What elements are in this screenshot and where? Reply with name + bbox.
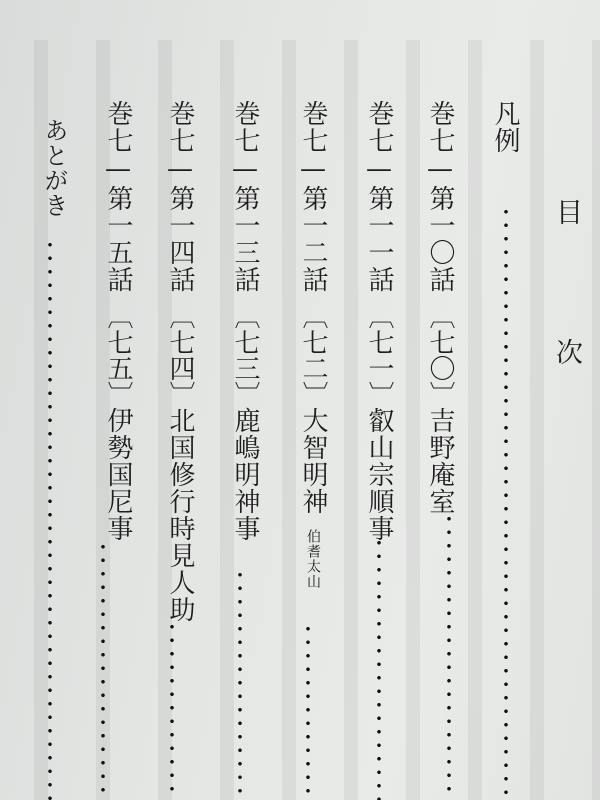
toc-entry-ch70[interactable]: 巻七—第一〇話〔七〇〕吉野庵室 xyxy=(427,100,453,515)
entry-number: 〔七四〕 xyxy=(165,303,195,407)
entry-volume: 巻七 xyxy=(230,100,260,154)
leader-dots-ch73 xyxy=(238,568,242,800)
entry-number: 〔七二〕 xyxy=(298,303,328,407)
leader-dots-preface xyxy=(504,205,508,800)
entry-episode: 第一一話 xyxy=(364,185,394,293)
entry-title: 鹿嶋明神事 xyxy=(230,407,260,542)
entry-volume: 巻七 xyxy=(103,100,133,154)
entry-title: 北国修行時見人助 xyxy=(165,407,195,623)
entry-note: 伯耆太山 xyxy=(306,529,320,589)
entry-volume: 巻七 xyxy=(425,100,455,154)
toc-entry-ch71[interactable]: 巻七—第一一話〔七一〕叡山宗順事 xyxy=(366,100,392,542)
entry-number: 〔七一〕 xyxy=(364,303,394,407)
leader-dots-ch71 xyxy=(377,536,381,800)
entry-title: 吉野庵室 xyxy=(425,407,455,515)
toc-entry-preface[interactable]: 凡例 xyxy=(492,100,518,154)
entry-dash: — xyxy=(165,154,195,185)
entry-episode: 第一三話 xyxy=(230,185,260,293)
entry-episode: 第一四話 xyxy=(165,185,195,293)
entry-title: 叡山宗順事 xyxy=(364,407,394,542)
entry-dash: — xyxy=(230,154,260,185)
leader-dots-ch74 xyxy=(170,620,174,800)
toc-title-char-1: 目 xyxy=(556,200,583,227)
entry-title: 伊勢国尼事 xyxy=(103,407,133,542)
entry-episode: 第一二話 xyxy=(298,185,328,293)
entry-label: 凡例 xyxy=(490,100,520,154)
leader-dots-ch75 xyxy=(101,540,105,800)
leader-dots-ch70 xyxy=(447,512,451,800)
toc-title-char-2: 次 xyxy=(556,340,583,367)
toc-entry-ch72[interactable]: 巻七—第一二話〔七二〕大智明神伯耆太山 xyxy=(300,100,326,589)
entry-episode: 第一〇話 xyxy=(425,185,455,293)
entry-label: あとがき xyxy=(40,118,68,218)
entry-dash: — xyxy=(425,154,455,185)
entry-number: 〔七五〕 xyxy=(103,303,133,407)
toc-entry-afterword[interactable]: あとがき xyxy=(42,118,66,218)
entry-dash: — xyxy=(103,154,133,185)
entry-dash: — xyxy=(298,154,328,185)
entry-number: 〔七〇〕 xyxy=(425,303,455,407)
entry-volume: 巻七 xyxy=(165,100,195,154)
toc-entry-ch73[interactable]: 巻七—第一三話〔七三〕鹿嶋明神事 xyxy=(232,100,258,542)
entry-episode: 第一五話 xyxy=(103,185,133,293)
entry-volume: 巻七 xyxy=(364,100,394,154)
toc-entry-ch75[interactable]: 巻七—第一五話〔七五〕伊勢国尼事 xyxy=(105,100,131,542)
entry-number: 〔七三〕 xyxy=(230,303,260,407)
entry-volume: 巻七 xyxy=(298,100,328,154)
entry-dash: — xyxy=(364,154,394,185)
leader-dots-ch72 xyxy=(306,622,310,800)
entry-title: 大智明神 xyxy=(298,407,328,515)
leader-dots-afterword xyxy=(48,238,52,800)
toc-entry-ch74[interactable]: 巻七—第一四話〔七四〕北国修行時見人助 xyxy=(167,100,193,623)
